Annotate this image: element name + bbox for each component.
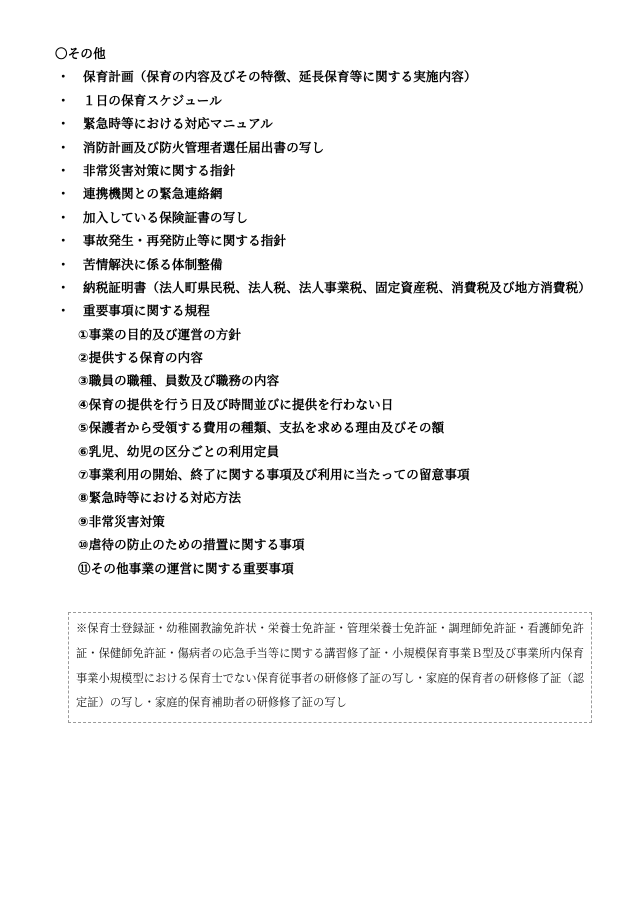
list-item-text: 事故発生・再発防止等に関する指針 [83, 230, 286, 253]
list-item: ・１日の保育スケジュール [0, 90, 630, 113]
list-item-text: 非常災害対策に関する指針 [83, 160, 235, 183]
numbered-item: ⑥乳児、幼児の区分ごとの利用定員 [0, 441, 630, 464]
list-item: ・連携機関との緊急連絡網 [0, 183, 630, 206]
list-item: ・重要事項に関する規程 [0, 300, 630, 323]
list-item: ・非常災害対策に関する指針 [0, 160, 630, 183]
list-item-text: 加入している保険証書の写し [83, 207, 248, 230]
bullet-list: ・保育計画（保育の内容及びその特徴、延長保育等に関する実施内容）・１日の保育スケ… [0, 66, 630, 323]
list-item: ・消防計画及び防火管理者選任届出書の写し [0, 137, 630, 160]
numbered-list: ①事業の目的及び運営の方針②提供する保育の内容③職員の職種、員数及び職務の内容④… [0, 324, 630, 581]
list-item-text: 連携機関との緊急連絡網 [83, 183, 223, 206]
bullet-icon: ・ [57, 113, 70, 136]
numbered-item: ⑪その他事業の運営に関する重要事項 [0, 558, 630, 581]
bullet-icon: ・ [57, 277, 70, 300]
list-item: ・加入している保険証書の写し [0, 207, 630, 230]
numbered-item: ④保育の提供を行う日及び時間並びに提供を行わない日 [0, 394, 630, 417]
bullet-icon: ・ [57, 66, 70, 89]
bullet-icon: ・ [57, 137, 70, 160]
numbered-item: ③職員の職種、員数及び職務の内容 [0, 370, 630, 393]
numbered-item: ⑧緊急時等における対応方法 [0, 487, 630, 510]
list-item: ・事故発生・再発防止等に関する指針 [0, 230, 630, 253]
list-item: ・苦情解決に係る体制整備 [0, 254, 630, 277]
numbered-item: ②提供する保育の内容 [0, 347, 630, 370]
list-item-text: 緊急時等における対応マニュアル [83, 113, 273, 136]
bullet-icon: ・ [57, 230, 70, 253]
note-text: ※保育士登録証・幼稚園教諭免許状・栄養士免許証・管理栄養士免許証・調理師免許証・… [76, 617, 584, 716]
bullet-icon: ・ [57, 160, 70, 183]
numbered-item: ⑩虐待の防止のための措置に関する事項 [0, 534, 630, 557]
numbered-item: ①事業の目的及び運営の方針 [0, 324, 630, 347]
numbered-item: ⑤保護者から受領する費用の種類、支払を求める理由及びその額 [0, 417, 630, 440]
list-item-text: 納税証明書（法人町県民税、法人税、法人事業税、固定資産税、消費税及び地方消費税） [83, 277, 591, 300]
bullet-icon: ・ [57, 90, 70, 113]
section-heading: 〇その他 [0, 43, 630, 66]
bullet-icon: ・ [57, 183, 70, 206]
document-page: 〇その他 ・保育計画（保育の内容及びその特徴、延長保育等に関する実施内容）・１日… [0, 0, 630, 903]
list-item-text: 重要事項に関する規程 [83, 300, 210, 323]
list-item-text: 苦情解決に係る体制整備 [83, 254, 223, 277]
bullet-icon: ・ [57, 254, 70, 277]
bullet-icon: ・ [57, 207, 70, 230]
list-item: ・納税証明書（法人町県民税、法人税、法人事業税、固定資産税、消費税及び地方消費税… [0, 277, 630, 300]
bullet-icon: ・ [57, 300, 70, 323]
list-item-text: １日の保育スケジュール [83, 90, 222, 113]
list-item: ・緊急時等における対応マニュアル [0, 113, 630, 136]
list-item-text: 消防計画及び防火管理者選任届出書の写し [83, 137, 324, 160]
list-item-text: 保育計画（保育の内容及びその特徴、延長保育等に関する実施内容） [83, 66, 477, 89]
note-box: ※保育士登録証・幼稚園教諭免許状・栄養士免許証・管理栄養士免許証・調理師免許証・… [68, 612, 592, 723]
numbered-item: ⑨非常災害対策 [0, 511, 630, 534]
numbered-item: ⑦事業利用の開始、終了に関する事項及び利用に当たっての留意事項 [0, 464, 630, 487]
list-item: ・保育計画（保育の内容及びその特徴、延長保育等に関する実施内容） [0, 66, 630, 89]
